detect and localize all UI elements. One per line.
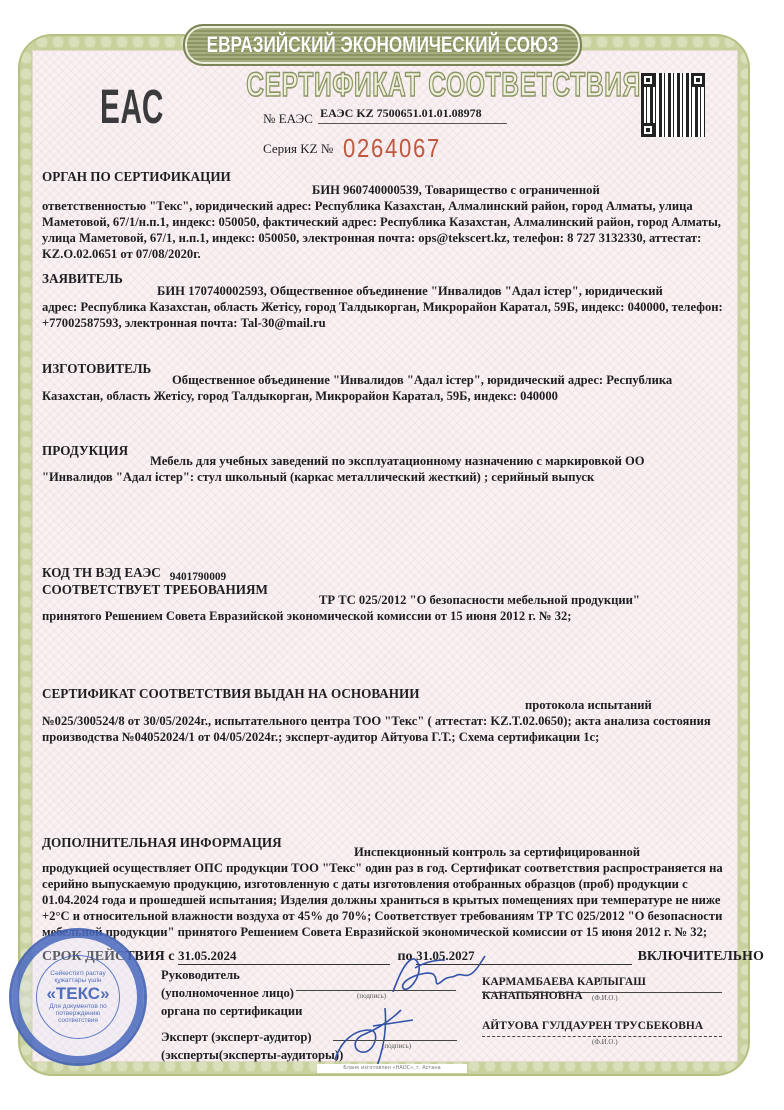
expert-signer-label: Эксперт (эксперт-аудитор) (эксперты(эксп… <box>161 1028 343 1064</box>
additional-details: продукцией осуществляет ОПС продукции ТО… <box>42 861 723 939</box>
basis-lead: протокола испытаний <box>42 697 732 713</box>
head-signature-icon <box>385 948 495 1000</box>
tn-ved-heading: КОД ТН ВЭД ЕАЭС 9401790009 <box>42 566 226 582</box>
head-label-line-2: (уполномоченное лицо) <box>161 984 302 1002</box>
basis-text: протокола испытаний №025/300524/8 от 30/… <box>42 697 732 745</box>
manufacturer-lead: Общественное объединение "Инвалидов "Ада… <box>42 372 732 388</box>
stamp-top-text: Сәйкестікті растау құжаттары үшін <box>37 970 119 984</box>
tex-seal-stamp: Сәйкестікті растау құжаттары үшін «ТЕКС»… <box>9 928 147 1066</box>
tn-ved-label: КОД ТН ВЭД ЕАЭС <box>42 566 161 581</box>
eaes-number: ЕАЭС KZ 7500651.01.01.08978 <box>318 106 507 124</box>
expert-fio-caption: (Ф.И.О.) <box>592 1038 618 1046</box>
head-signature-caption: (подпись) <box>357 992 386 1000</box>
qr-finder-icon <box>641 73 655 87</box>
printer-imprint: Бланк изготовлен «НАОС», г. Астана <box>317 1064 467 1073</box>
expert-fio-line <box>482 1036 722 1037</box>
validity-from-date: 31.05.2024 <box>178 948 390 965</box>
requirements-text: ТР ТС 025/2012 "О безопасности мебельной… <box>42 592 732 624</box>
manufacturer-text: Общественное объединение "Инвалидов "Ада… <box>42 372 732 404</box>
expert-label-line-2: (эксперты(эксперты-аудиторы)) <box>161 1046 343 1064</box>
additional-lead: Инспекционный контроль за сертифицирован… <box>42 844 732 860</box>
eaes-number-line: № ЕАЭС ЕАЭС KZ 7500651.01.01.08978 <box>263 111 507 130</box>
qr-code-icon <box>641 73 705 137</box>
certificate-title: СЕРТИФИКАТ СООТВЕТСТВИЯ <box>246 66 520 105</box>
additional-text: Инспекционный контроль за сертифицирован… <box>42 844 732 940</box>
union-banner-text: ЕВРАЗИЙСКИЙ ЭКОНОМИЧЕСКИЙ СОЮЗ <box>207 32 559 58</box>
qr-finder-icon <box>641 123 655 137</box>
eac-mark-icon: ЕАС <box>100 80 164 135</box>
requirements-lead: ТР ТС 025/2012 "О безопасности мебельной… <box>42 592 732 608</box>
series-number-line: Серия KZ № 0264067 <box>263 133 458 164</box>
expert-name: АЙТУОВА ГУЛДАУРЕН ТРУСБЕКОВНА <box>482 1019 732 1033</box>
series-number: 0264067 <box>343 133 441 164</box>
product-details: "Инвалидов "Адал істер": стул школьный (… <box>42 470 594 484</box>
qr-finder-icon <box>691 73 705 87</box>
requirements-details: принятого Решением Совета Евразийской эк… <box>42 609 571 623</box>
eaes-label: № ЕАЭС <box>263 111 313 126</box>
head-signer-label: Руководитель (уполномоченное лицо) орган… <box>161 966 302 1020</box>
certification-body-details: ответственностью "Текс", юридический адр… <box>42 199 721 261</box>
applicant-details: адрес: Республика Казахстан, область Жет… <box>42 300 723 330</box>
applicant-text: БИН 170740002593, Общественное объединен… <box>42 283 732 331</box>
series-label: Серия KZ № <box>263 141 333 156</box>
head-label-line-1: Руководитель <box>161 966 302 984</box>
certification-body-lead: БИН 960740000539, Товарищество с огранич… <box>42 182 732 198</box>
product-text: Мебель для учебных заведений по эксплуат… <box>42 453 732 485</box>
validity-suffix: ВКЛЮЧИТЕЛЬНО <box>638 949 764 964</box>
head-fio-caption: (Ф.И.О.) <box>592 994 618 1002</box>
manufacturer-details: Казахстан, область Жетісу, город Талдыко… <box>42 389 558 403</box>
expert-label-line-1: Эксперт (эксперт-аудитор) <box>161 1028 343 1046</box>
expert-signature-icon <box>325 1000 435 1070</box>
product-lead: Мебель для учебных заведений по эксплуат… <box>42 453 732 469</box>
head-label-line-3: органа по сертификации <box>161 1002 302 1020</box>
tn-ved-code: 9401790009 <box>170 569 226 583</box>
union-banner: ЕВРАЗИЙСКИЙ ЭКОНОМИЧЕСКИЙ СОЮЗ <box>183 24 582 66</box>
stamp-brand: «ТЕКС» <box>46 984 109 1003</box>
head-fio-line <box>482 992 722 993</box>
stamp-inner-ring: Сәйкестікті растау құжаттары үшін «ТЕКС»… <box>36 955 120 1039</box>
basis-details: №025/300524/8 от 30/05/2024г., испытател… <box>42 714 711 744</box>
stamp-bottom-text: Для документов по потверждению соответст… <box>37 1003 119 1024</box>
applicant-lead: БИН 170740002593, Общественное объединен… <box>42 283 732 299</box>
certification-body-text: БИН 960740000539, Товарищество с огранич… <box>42 182 732 262</box>
